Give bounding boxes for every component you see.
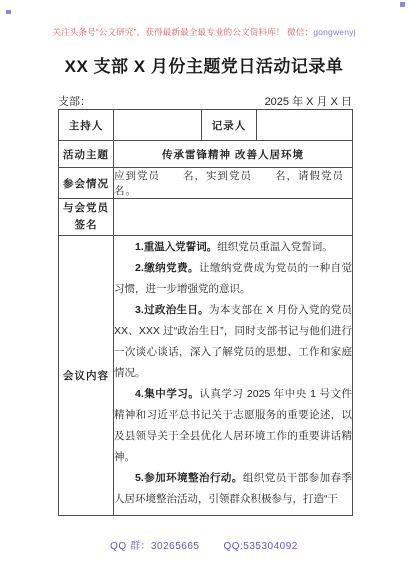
page-title: XX 支部 X 月份主题党日活动记录单: [0, 52, 408, 77]
table-row-theme: 活动主题 传承雷锋精神 改善人居环境: [59, 141, 353, 168]
footer-contact: QQ 群：30265665QQ:535304092: [0, 537, 408, 552]
attendance-label-cell: 参会情况: [59, 168, 114, 199]
meeting-content: 1.重温入党誓词。组织党员重温入党誓词。 2.缴纳党费。让缴纳党费成为党员的一种…: [114, 237, 352, 514]
signature-value-cell: [114, 199, 353, 236]
content-value-cell: 1.重温入党誓词。组织党员重温入党誓词。 2.缴纳党费。让缴纳党费成为党员的一种…: [114, 236, 353, 516]
table-row-content: 会议内容 1.重温入党誓词。组织党员重温入党誓词。 2.缴纳党费。让缴纳党费成为…: [59, 236, 353, 516]
table-row-signature: 与会党员 签名: [59, 199, 353, 236]
content-label-cell: 会议内容: [59, 236, 114, 516]
promo-banner: 关注头条号“公文研究”，获得最新最全最专业的公文资料库！ 微信：gongweny…: [0, 26, 408, 38]
content-item-2-head: 2.缴纳党费。: [135, 262, 199, 274]
signature-label-line2: 签名: [59, 217, 113, 234]
table-row-attendance: 参会情况 应到党员 名，实到党员 名，请假党员 名。: [59, 168, 353, 199]
scan-artifact-dot: [6, 10, 11, 14]
content-item-1: 1.重温入党誓词。组织党员重温入党誓词。: [114, 237, 352, 258]
content-item-4: 4.集中学习。认真学习 2025 年中央 1 号文件精神和习近平总书记关于志愿服…: [114, 384, 352, 468]
record-form-table: 主持人 记录人 活动主题 传承雷锋精神 改善人居环境 参会情况 应到党员 名，实…: [58, 109, 353, 516]
promo-text: 关注头条号“公文研究”，获得最新最全最专业的公文资料库！ 微信：: [52, 27, 313, 37]
recorder-label-cell: 记录人: [202, 110, 257, 141]
theme-label-cell: 活动主题: [59, 141, 114, 168]
theme-value-cell: 传承雷锋精神 改善人居环境: [114, 141, 353, 168]
content-item-5: 5.参加环境整治行动。组织党员干部参加春季人居环境整治活动，引领群众积极参与，打…: [114, 468, 352, 510]
recorder-value-cell: [257, 110, 353, 141]
wechat-id-text: gongwenyj: [313, 27, 355, 37]
content-item-1-body: 组织党员重温入党誓词。: [217, 241, 333, 253]
table-row-host-recorder: 主持人 记录人: [59, 110, 353, 141]
date-text: 2025 年 X 月 X 日: [265, 93, 352, 109]
content-item-3: 3.过政治生日。为本支部在 X 月份入党的党员 XX、XXX 过“政治生日”，同…: [114, 300, 352, 384]
signature-label-cell: 与会党员 签名: [59, 199, 114, 236]
content-item-3-head: 3.过政治生日。: [135, 304, 209, 316]
branch-label: 支部：: [58, 93, 91, 109]
content-item-4-head: 4.集中学习。: [135, 388, 199, 400]
host-label-cell: 主持人: [59, 110, 114, 141]
content-item-5-head: 5.参加环境整治行动。: [135, 472, 243, 484]
content-item-2: 2.缴纳党费。让缴纳党费成为党员的一种自觉习惯，进一步增强党的意识。: [114, 258, 352, 300]
signature-label-line1: 与会党员: [59, 200, 113, 217]
host-value-cell: [114, 110, 202, 141]
document-page: 关注头条号“公文研究”，获得最新最全最专业的公文资料库！ 微信：gongweny…: [0, 0, 408, 580]
content-item-1-head: 1.重温入党誓词。: [135, 241, 217, 253]
scan-artifact-dot: [400, 2, 405, 7]
meta-row: 支部： 2025 年 X 月 X 日: [58, 93, 352, 109]
qq-number-text: QQ:535304092: [223, 541, 297, 552]
qq-group-text: QQ 群：30265665: [110, 541, 199, 552]
attendance-value-cell: 应到党员 名，实到党员 名，请假党员 名。: [114, 168, 353, 199]
